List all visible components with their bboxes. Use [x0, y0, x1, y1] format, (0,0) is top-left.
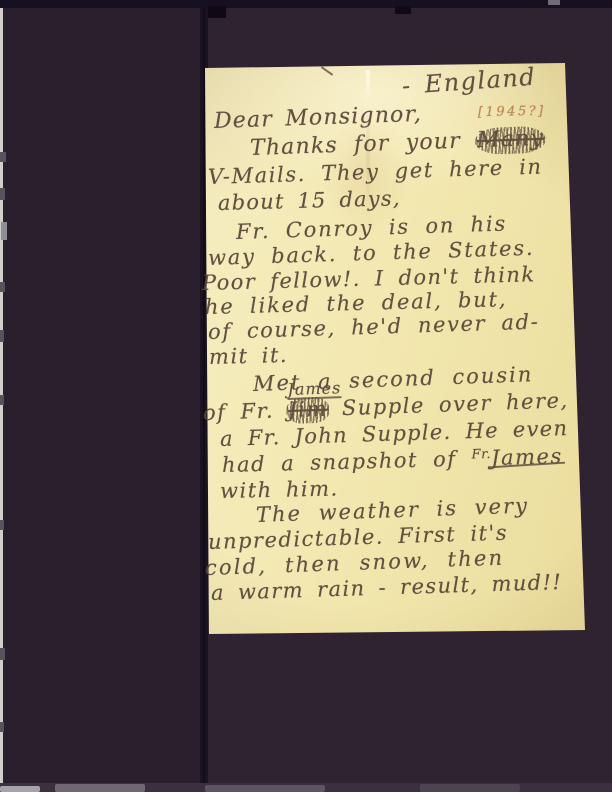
text-segment: - England	[401, 63, 537, 100]
inserted-word-above: James	[287, 380, 341, 400]
heading-place: - England	[401, 65, 537, 98]
body-line: had a snapshot of Fr.James	[222, 446, 563, 476]
scribbled-out-word: Many	[477, 126, 545, 153]
text-segment: mit it.	[209, 343, 289, 369]
underlined-word: James	[491, 444, 563, 470]
text-segment: Supple over here,	[327, 388, 569, 420]
salutation-line: Dear Monsignor,	[214, 104, 423, 133]
body-line: about 15 days,	[218, 188, 401, 214]
text-segment: Dear Monsignor,	[214, 102, 423, 134]
text-segment: with him.	[220, 477, 339, 503]
body-line: with him.	[220, 479, 339, 502]
scan-page: - England[1945?]Dear Monsignor,Thanks fo…	[0, 0, 612, 792]
body-line: V-Mails. They get here in	[208, 156, 543, 188]
text-segment: about 15 days,	[218, 186, 401, 215]
text-segment: Thanks for your	[250, 128, 478, 161]
text-segment: had a snapshot of	[222, 446, 472, 477]
scribbled-out-word: JimJames	[288, 397, 328, 422]
text-segment: [1945?]	[478, 104, 546, 120]
text-segment: of Fr.	[203, 398, 289, 425]
archival-date-note: [1945?]	[478, 105, 546, 119]
superscript-word: Fr.	[471, 447, 491, 463]
body-line: mit it.	[209, 345, 289, 368]
letter-body: - England[1945?]Dear Monsignor,Thanks fo…	[0, 0, 612, 792]
